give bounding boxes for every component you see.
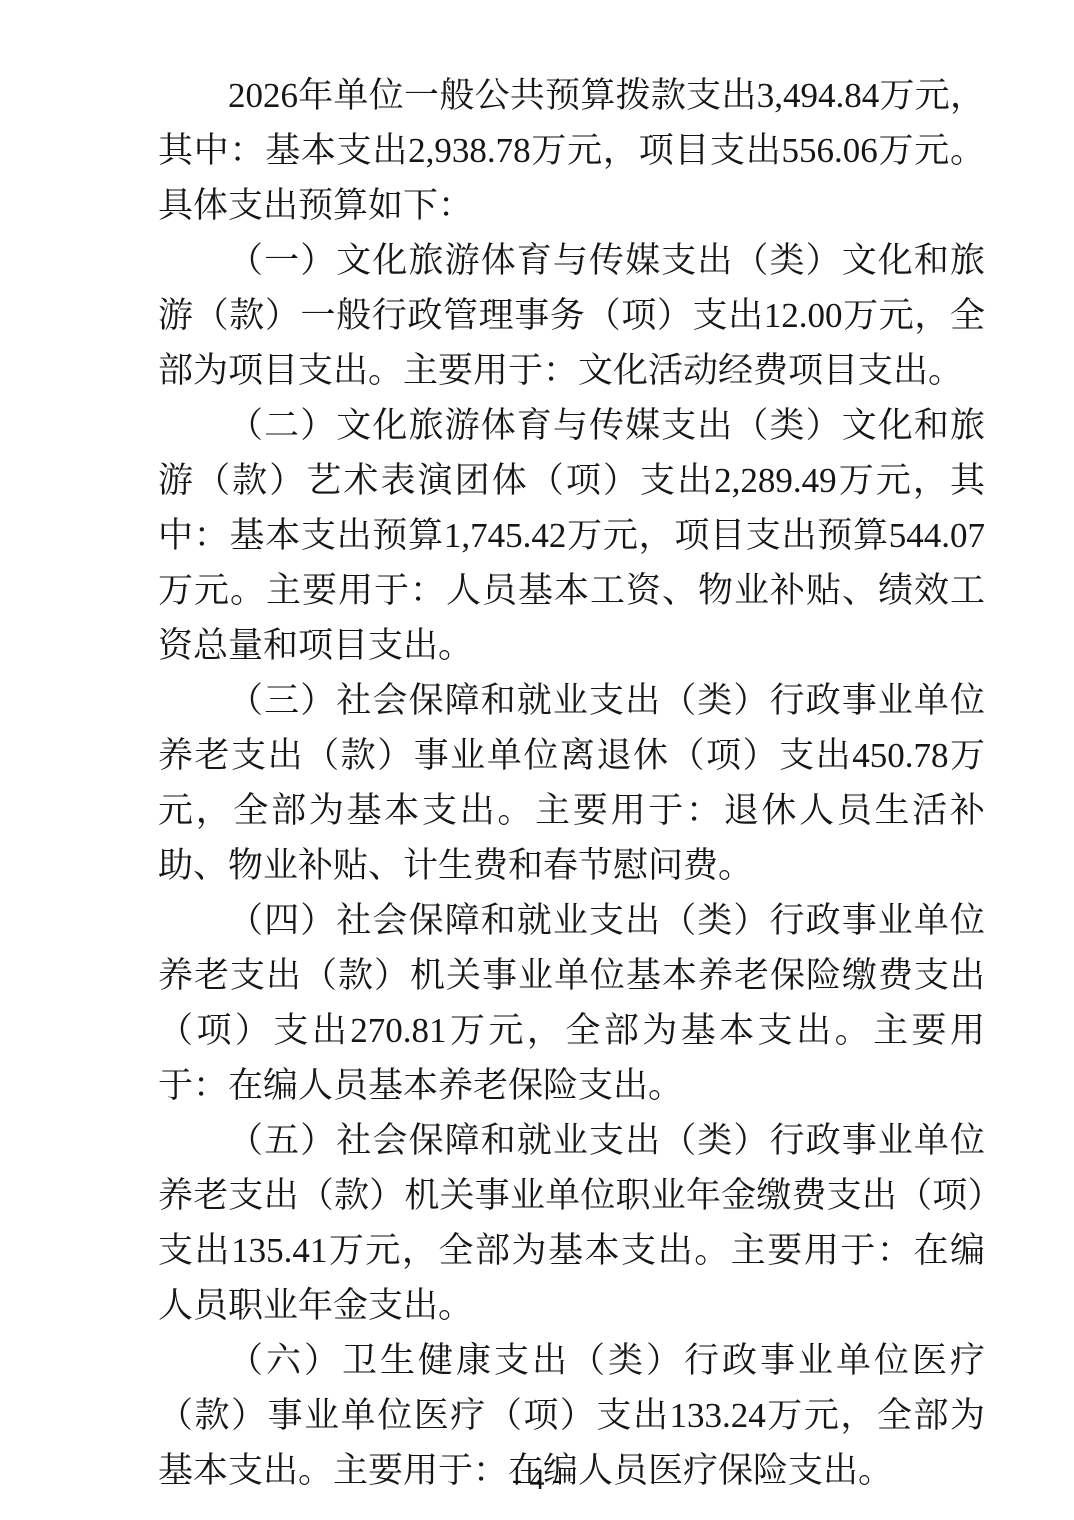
paragraph-item-5: （五）社会保障和就业支出（类）行政事业单位养老支出（款）机关事业单位职业年金缴费… xyxy=(158,1113,985,1333)
paragraph-item-1: （一）文化旅游体育与传媒支出（类）文化和旅游（款）一般行政管理事务（项）支出12… xyxy=(158,233,985,398)
page-number: - 4 - xyxy=(0,1462,1074,1498)
paragraph-item-4: （四）社会保障和就业支出（类）行政事业单位养老支出（款）机关事业单位基本养老保险… xyxy=(158,893,985,1113)
paragraph-budget-summary: 2026年单位一般公共预算拨款支出3,494.84万元，其中：基本支出2,938… xyxy=(158,68,985,233)
paragraph-item-3: （三）社会保障和就业支出（类）行政事业单位养老支出（款）事业单位离退休（项）支出… xyxy=(158,673,985,893)
paragraph-item-2: （二）文化旅游体育与传媒支出（类）文化和旅游（款）艺术表演团体（项）支出2,28… xyxy=(158,398,985,673)
document-body: 2026年单位一般公共预算拨款支出3,494.84万元，其中：基本支出2,938… xyxy=(158,68,985,1498)
document-page: 2026年单位一般公共预算拨款支出3,494.84万元，其中：基本支出2,938… xyxy=(0,0,1074,1520)
